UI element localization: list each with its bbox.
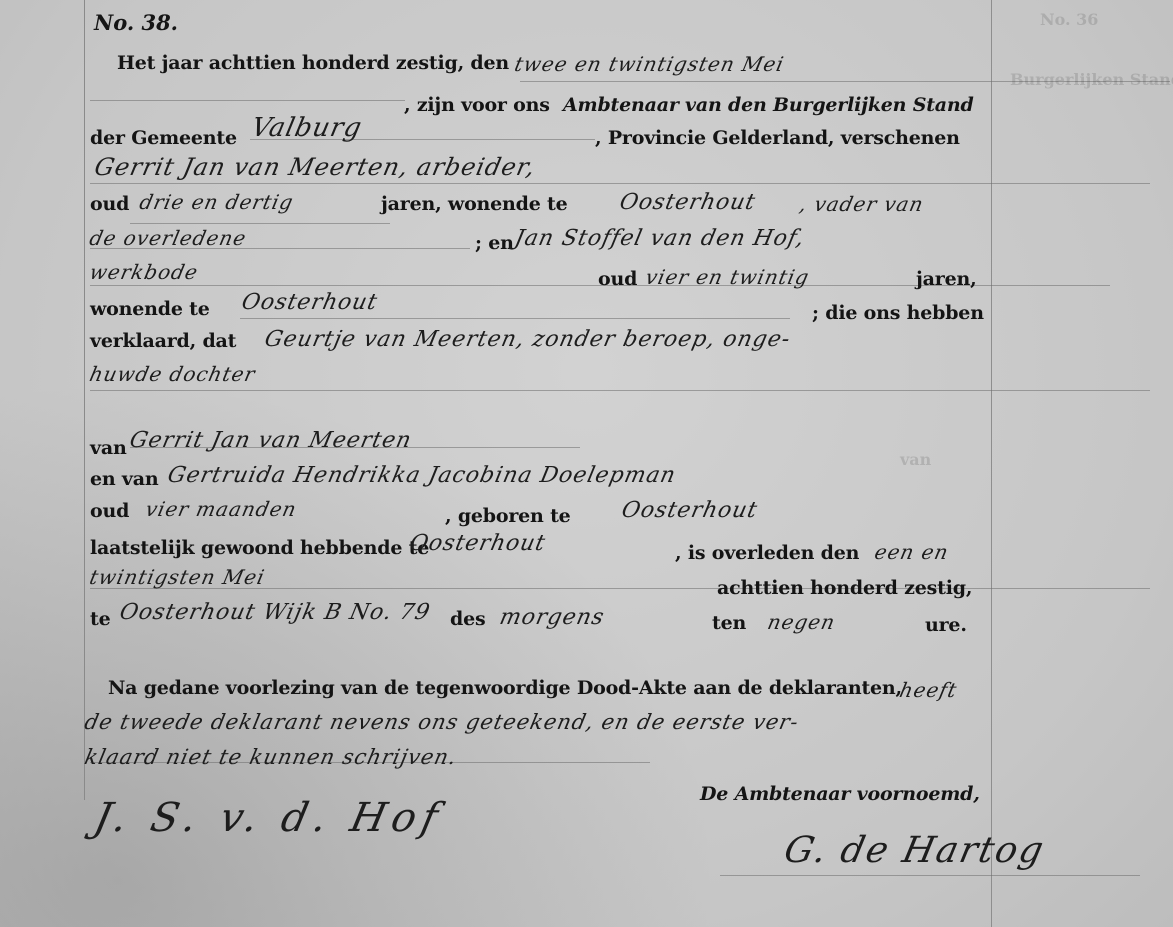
hw-death-day: een en xyxy=(872,540,951,564)
certificate-number: No. 38. xyxy=(94,10,178,35)
hw-father: Gerrit Jan van Meerten xyxy=(127,428,414,453)
hw-closing-c: klaard niet te kunnen schrijven. xyxy=(82,745,459,769)
printed-die-ons-hebben: ; die ons hebben xyxy=(812,302,984,324)
hw-birthplace: Oosterhout xyxy=(619,498,760,523)
hw-time-of-day: morgens xyxy=(497,605,607,630)
printed-geboren-te: , geboren te xyxy=(445,505,571,527)
hw-closing-a: heeft xyxy=(897,678,959,702)
hw-declarant1-relation: , vader van xyxy=(797,192,926,216)
rule-line xyxy=(240,318,790,319)
signature-declarant: J. S. v. d. Hof xyxy=(90,795,448,841)
document-page: No. 36 Burgerlijken Stand van No. 38. He… xyxy=(0,0,1173,927)
signature-official: G. de Hartog xyxy=(781,830,1049,871)
hw-deceased-cont: huwde dochter xyxy=(87,362,257,386)
printed-laatstelijk: laatstelijk gewoond hebbende te xyxy=(90,537,429,559)
hw-death-place: Oosterhout Wijk B No. 79 xyxy=(117,600,432,625)
printed-ten: ten xyxy=(712,612,746,634)
rule-line xyxy=(720,875,1140,876)
printed-year: achttien honderd zestig, xyxy=(717,577,972,599)
printed-line-1: Het jaar achttien honderd zestig, den xyxy=(117,52,509,74)
hw-declarant1-name: Gerrit Jan van Meerten, arbeider, xyxy=(92,153,538,181)
printed-wonende-te: wonende te xyxy=(90,298,210,320)
hw-closing-b: de tweede deklarant nevens ons geteekend… xyxy=(82,710,801,734)
hw-mother: Gertruida Hendrikka Jacobina Doelepman xyxy=(165,463,678,488)
printed-ure: ure. xyxy=(925,614,967,636)
printed-te: te xyxy=(90,608,110,630)
printed-official: De Ambtenaar voornoemd, xyxy=(700,783,980,805)
printed-ambtenaar: Ambtenaar van den Burgerlijken Stand xyxy=(563,94,974,116)
hw-declarant2-age: vier en twintig xyxy=(643,265,811,289)
printed-verklaard: verklaard, dat xyxy=(90,330,236,352)
printed-van: van xyxy=(90,437,127,459)
hw-deceased-age: vier maanden xyxy=(143,497,299,521)
hw-declarant2-residence: Oosterhout xyxy=(239,290,380,315)
printed-oud: oud xyxy=(90,193,129,215)
hw-deceased: Geurtje van Meerten, zonder beroep, onge… xyxy=(262,327,793,352)
hw-last-residence: Oosterhout xyxy=(407,531,548,556)
bleed-through-text: No. 36 xyxy=(1040,10,1098,29)
printed-gemeente: der Gemeente xyxy=(90,127,237,149)
hw-declarant2-name: Jan Stoffel van den Hof, xyxy=(512,226,807,251)
printed-en: ; en xyxy=(475,232,514,254)
printed-jaren-2: jaren, xyxy=(916,268,977,290)
rule-line xyxy=(130,223,390,224)
printed-jaren-wonende: jaren, wonende te xyxy=(381,193,568,215)
rule-line xyxy=(90,183,1150,184)
hw-relation-cont: de overledene xyxy=(87,226,248,250)
printed-closing: Na gedane voorlezing van de tegenwoordig… xyxy=(108,677,902,699)
printed-is-overleden: , is overleden den xyxy=(675,542,859,564)
hw-municipality: Valburg xyxy=(249,113,365,143)
bleed-through-text: van xyxy=(900,450,931,469)
printed-oud-2: oud xyxy=(598,268,637,290)
printed-en-van: en van xyxy=(90,468,158,490)
bleed-through-text: Burgerlijken Stand xyxy=(1010,70,1173,89)
printed-line-2: , zijn voor ons xyxy=(404,94,550,116)
left-margin-rule xyxy=(84,0,85,800)
hw-registration-date: twee en twintigsten Mei xyxy=(512,52,786,76)
printed-oud-3: oud xyxy=(90,500,129,522)
rule-line xyxy=(90,100,405,101)
hw-declarant1-residence: Oosterhout xyxy=(617,190,758,215)
right-margin-rule xyxy=(991,0,992,927)
printed-provincie: , Provincie Gelderland, verschenen xyxy=(595,127,960,149)
hw-hour: negen xyxy=(765,610,837,634)
rule-line xyxy=(90,390,1150,391)
hw-death-day-cont: twintigsten Mei xyxy=(87,565,267,589)
printed-des: des xyxy=(450,608,485,630)
hw-declarant1-age: drie en dertig xyxy=(137,190,296,214)
hw-declarant2-occupation: werkbode xyxy=(87,260,200,284)
